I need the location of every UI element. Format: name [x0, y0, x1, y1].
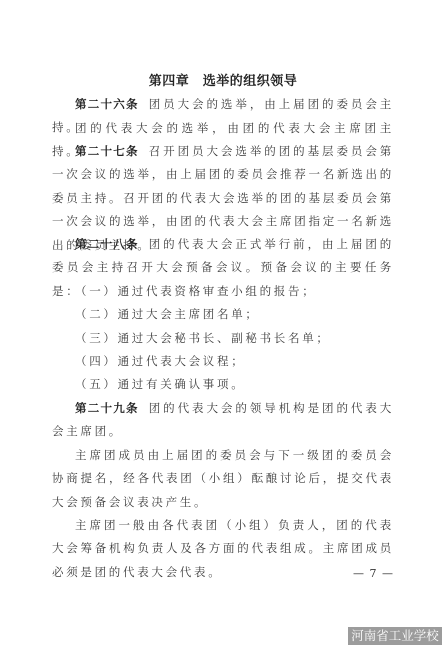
chapter-title: 第四章 选举的组织领导	[52, 70, 394, 89]
article-29-paragraph-1: 第二十九条团的代表大会的领导机构是团的代表大会主席团。	[52, 397, 394, 444]
article-number: 第二十六条	[75, 97, 139, 111]
article-number: 第二十八条	[75, 237, 139, 251]
article-28-item-4: （四）通过代表大会议程；	[52, 350, 394, 373]
article-28-item-2: （二）通过大会主席团名单；	[52, 303, 394, 326]
page-number: — 7 —	[353, 567, 394, 580]
article-29-paragraph-2: 主席团成员由上届团的委员会与下一级团的委员会协商提名，经各代表团（小组）酝酿讨论…	[52, 444, 394, 514]
article-28-item-5: （五）通过有关确认事项。	[52, 373, 394, 396]
article-28-item-1: （一）通过代表资格审查小组的报告；	[52, 280, 394, 303]
article-28-item-3: （三）通过大会秘书长、副秘书长名单；	[52, 327, 394, 350]
watermark-label: 河南省工业学校	[348, 627, 442, 645]
article-29-paragraph-3: 主席团一般由各代表团（小组）负责人，团的代表大会筹备机构负责人及各方面的代表组成…	[52, 514, 394, 584]
article-number: 第二十九条	[75, 401, 139, 415]
article-number: 第二十七条	[75, 144, 139, 158]
